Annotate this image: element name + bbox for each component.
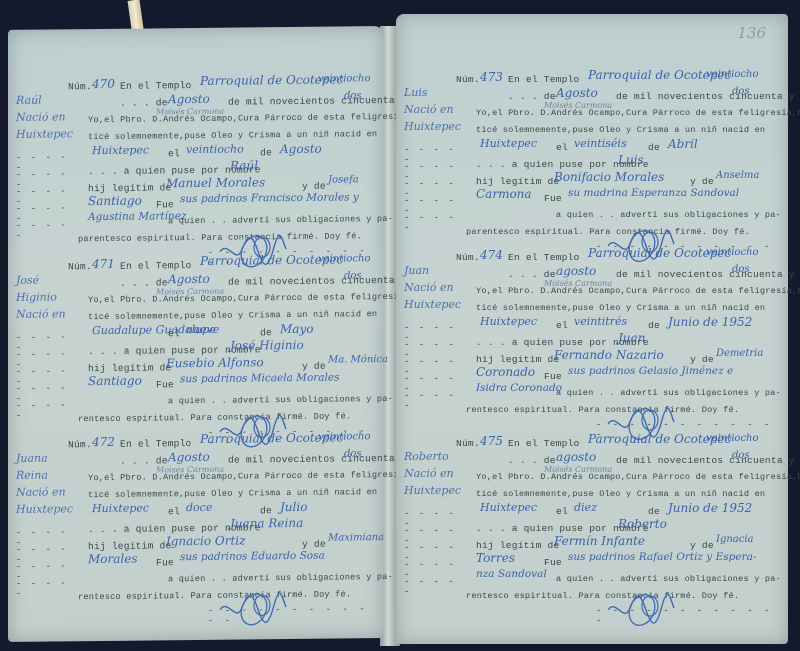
- month-value: Agosto: [168, 92, 210, 106]
- birthplace-value: Huixtepec: [92, 501, 149, 515]
- mother-name: Anselma: [716, 170, 759, 181]
- mother-surname: Torres: [476, 551, 515, 565]
- mother-name: Ma. Mónica: [328, 354, 388, 366]
- templo-label: En el Templo: [120, 80, 192, 92]
- parents-label: hij legítim de: [476, 354, 559, 365]
- margin-note: José: [16, 274, 39, 287]
- mother-surname: Carmona: [476, 187, 532, 201]
- month-value: agosto: [556, 264, 596, 278]
- margin-note: Nació en: [404, 467, 454, 480]
- birth-day-value: diez: [574, 501, 597, 514]
- birthplace-value: Huixtepec: [480, 315, 537, 328]
- birth-de-label: de: [260, 147, 272, 158]
- right-page: 136 Núm. 473 En el Templo Parroquial de …: [396, 14, 788, 644]
- day-value: veintiocho: [706, 247, 759, 258]
- margin-note: Luis: [404, 86, 428, 99]
- birthplace-value: Huixtepec: [92, 143, 149, 157]
- closing-line: rentesco espiritual. Para constancia fir…: [78, 411, 351, 424]
- birth-month-value: Agosto: [280, 142, 322, 156]
- margin-note: Nació en: [404, 281, 454, 294]
- mother-surname: Morales: [88, 552, 138, 567]
- father-name: Eusebio Alfonso: [166, 355, 264, 370]
- godparents-value: sus padrinos Gelasio Jiménez e: [568, 365, 733, 377]
- birth-de-label: de: [260, 505, 272, 516]
- birth-day-value: veintitrés: [574, 315, 627, 328]
- mother-label: y de: [690, 354, 714, 365]
- margin-note: Raúl: [16, 94, 42, 107]
- baptism-entry: Núm. 470 En el Templo Parroquial de Ocot…: [8, 78, 384, 82]
- left-page: Núm. 470 En el Templo Parroquial de Ocot…: [8, 26, 384, 642]
- child-name: José Higinio: [230, 338, 304, 353]
- entry-number-label: Núm.: [456, 438, 480, 449]
- mother-surname: Coronado: [476, 365, 535, 379]
- priest-line: Yo,el Pbro. D.Andrés Ocampo,Cura Párroco…: [476, 108, 800, 118]
- baptism-entry: Núm. 471 En el Templo Parroquial de Ocot…: [8, 258, 384, 262]
- parents-label: hij legítim de: [88, 540, 171, 552]
- entry-number: 473: [480, 70, 503, 84]
- margin-note: Juan: [404, 264, 429, 277]
- mother-name: Ignacia: [716, 534, 754, 545]
- obligations-line: a quien . . advertí sus obligaciones y p…: [168, 572, 393, 584]
- obligations-line: a quien . . advertí sus obligaciones y p…: [556, 210, 781, 220]
- priest-line: Yo,el Pbro. D.Andrés Ocampo,Cura Párroco…: [88, 112, 431, 126]
- birth-de-label: de: [260, 327, 272, 338]
- year-label: de mil novecientos cincuenta y: [228, 95, 407, 108]
- day-value: veintiocho: [318, 431, 371, 443]
- margin-note: Juana: [16, 452, 48, 465]
- birth-de-label: de: [648, 142, 660, 153]
- year-label: de mil novecientos cincuenta y: [228, 275, 407, 288]
- birth-el-label: el: [168, 148, 180, 159]
- month-value: Agosto: [168, 450, 210, 464]
- child-name: Roberto: [618, 517, 667, 531]
- margin-dash-rule: - - - - -: [16, 220, 76, 241]
- templo-label: En el Templo: [508, 74, 580, 85]
- ceremony-line: ticé solemnemente,puse Oleo y Crisma a u…: [88, 487, 377, 500]
- entry-number: 471: [92, 257, 115, 271]
- mother-label: y de: [302, 181, 326, 192]
- margin-annotation: RaúlNació enHuixtepec- - - - -- - - - --…: [16, 81, 76, 82]
- margin-note: Huixtepec: [404, 484, 461, 497]
- year-suffix: dos: [344, 90, 362, 101]
- obligations-line: a quien . . advertí sus obligaciones y p…: [168, 214, 393, 226]
- birth-month-value: Mayo: [280, 322, 313, 336]
- obligations-line: a quien . . advertí sus obligaciones y p…: [556, 574, 781, 584]
- father-name: Manuel Morales: [166, 175, 265, 190]
- day-value: veintiocho: [706, 69, 759, 80]
- page-number: 136: [737, 24, 766, 42]
- entry-number: 475: [480, 434, 503, 448]
- year-suffix: dos: [732, 86, 750, 97]
- mother-label: y de: [690, 540, 714, 551]
- closing-line: rentesco espiritual. Para constancia fir…: [78, 589, 351, 602]
- month-value: Agosto: [168, 272, 210, 286]
- birth-el-label: el: [556, 142, 568, 153]
- year-label: de mil novecientos cincuenta y: [228, 453, 407, 466]
- entry-number: 472: [92, 435, 115, 449]
- entry-separator: - - - - - - - - - - - -: [596, 606, 788, 626]
- margin-annotation: JoséHiginioNació en- - - - -- - - - -- -…: [16, 261, 76, 262]
- mother-label: y de: [302, 539, 326, 550]
- priest-line: Yo,el Pbro. D.Andrés Ocampo,Cura Párroco…: [476, 286, 800, 296]
- closing-line: rentesco espiritual. Para constancia fir…: [466, 591, 739, 601]
- godparents-value: sus padrinos Eduardo Sosa: [180, 550, 325, 564]
- margin-dash-rule: - - - - -: [16, 578, 76, 599]
- mother-name: Maximiana: [328, 532, 384, 544]
- mother-name: Demetria: [716, 348, 763, 359]
- entry-number: 474: [480, 248, 503, 262]
- ceremony-line: ticé solemnemente,puse Oleo y Crisma a u…: [476, 303, 765, 313]
- birthplace-value: Huixtepec: [480, 501, 537, 514]
- father-name: Bonifacio Morales: [554, 170, 664, 184]
- entry-number-label: Núm.: [456, 74, 480, 85]
- entry-number-label: Núm.: [68, 261, 92, 272]
- margin-note: Roberto: [404, 450, 449, 463]
- birth-de-label: de: [648, 506, 660, 517]
- margin-dash-rule: - - - - -: [404, 391, 464, 411]
- obligations-line: a quien . . advertí sus obligaciones y p…: [556, 388, 781, 398]
- year-label: de mil novecientos cincuenta y: [616, 91, 795, 102]
- father-name: Ignacio Ortiz: [166, 533, 245, 548]
- godparents-label: Fue: [156, 557, 174, 568]
- priest-line: Yo,el Pbro. D.Andrés Ocampo,Cura Párroco…: [476, 472, 800, 482]
- year-suffix: dos: [732, 264, 750, 275]
- godparents-value: su madrina Esperanza Sandoval: [568, 187, 739, 199]
- margin-dash-rule: - - - - -: [404, 213, 464, 233]
- margin-note: Higinio: [16, 290, 57, 303]
- mother-label: y de: [690, 176, 714, 187]
- day-value: veintiocho: [318, 73, 371, 85]
- mother-label: y de: [302, 361, 326, 372]
- templo-label: En el Templo: [120, 260, 192, 272]
- birth-de-label: de: [648, 320, 660, 331]
- margin-note: Nació en: [16, 307, 66, 321]
- margin-note: Huixtepec: [404, 298, 461, 311]
- margin-note: Huixtepec: [16, 502, 73, 516]
- baptism-entry: Núm. 472 En el Templo Parroquial de Ocot…: [8, 436, 384, 440]
- margin-note: Nació en: [404, 103, 454, 116]
- margin-dash-rule: - - - - -: [16, 400, 76, 421]
- birth-el-label: el: [556, 320, 568, 331]
- entry-number-label: Núm.: [68, 81, 92, 92]
- templo-label: En el Templo: [508, 252, 580, 263]
- parents-label: hij legítim de: [88, 362, 171, 374]
- child-name: Juan: [618, 331, 645, 345]
- godparents-value: sus padrinos Francisco Morales y: [180, 191, 359, 205]
- birth-day-value: veintiséis: [574, 137, 627, 150]
- birth-month-value: Junio de 1952: [668, 315, 752, 329]
- birth-el-label: el: [556, 506, 568, 517]
- father-name: Fermín Infante: [554, 534, 645, 548]
- margin-annotation: JuanaReinaNació enHuixtepec- - - - -- - …: [16, 439, 76, 440]
- birth-day-value: nueve: [186, 323, 219, 336]
- godparents-label: Fue: [544, 371, 562, 382]
- priest-line: Yo,el Pbro. D.Andrés Ocampo,Cura Párroco…: [88, 470, 431, 484]
- open-register-book: Núm. 470 En el Templo Parroquial de Ocot…: [8, 6, 794, 646]
- godparents-value-2: Isidra Coronado: [476, 382, 562, 394]
- child-name: Juana Reina: [230, 516, 303, 531]
- mother-name: Josefa: [328, 174, 359, 185]
- godparents-value: sus padrinos Rafael Ortiz y Espera-: [568, 551, 756, 563]
- godparents-value-2: nza Sandoval: [476, 568, 547, 580]
- entry-number-label: Núm.: [456, 252, 480, 263]
- obligations-line: a quien . . advertí sus obligaciones y p…: [168, 394, 393, 406]
- child-name: Raúl: [230, 158, 258, 172]
- parents-label: hij legítim de: [476, 540, 559, 551]
- birth-month-value: Abril: [668, 137, 698, 151]
- godparents-label: Fue: [544, 557, 562, 568]
- godparents-label: Fue: [156, 199, 174, 210]
- year-suffix: dos: [344, 448, 362, 459]
- godparents-label: Fue: [156, 379, 174, 390]
- birth-el-label: el: [168, 506, 180, 517]
- year-suffix: dos: [344, 270, 362, 281]
- godparents-value: sus padrinos Micaela Morales: [180, 371, 340, 385]
- mother-surname: Santiago: [88, 194, 142, 209]
- birth-el-label: el: [168, 328, 180, 339]
- month-value: Agosto: [556, 86, 598, 100]
- entry-number-label: Núm.: [68, 439, 92, 450]
- child-name: Luis: [618, 153, 644, 167]
- priest-line: Yo,el Pbro. D.Andrés Ocampo,Cura Párroco…: [88, 292, 431, 306]
- margin-dash-rule: - - - - -: [404, 577, 464, 597]
- ceremony-line: ticé solemnemente,puse Oleo y Crisma a u…: [476, 125, 765, 135]
- year-label: de mil novecientos cincuenta y: [616, 269, 795, 280]
- entry-separator: - - - - - - - - - - - -: [208, 604, 384, 626]
- margin-note: Huixtepec: [16, 127, 73, 141]
- year-suffix: dos: [732, 450, 750, 461]
- ceremony-line: ticé solemnemente,puse Oleo y Crisma a u…: [88, 309, 377, 322]
- day-value: veintiocho: [706, 433, 759, 444]
- parents-label: hij legítim de: [476, 176, 559, 187]
- margin-note: Reina: [16, 469, 48, 482]
- margin-note: Nació en: [16, 485, 66, 499]
- margin-note: Huixtepec: [404, 120, 461, 133]
- mother-surname: Santiago: [88, 374, 142, 389]
- entry-number: 470: [92, 77, 115, 91]
- parents-label: hij legítim de: [88, 182, 171, 194]
- year-label: de mil novecientos cincuenta y: [616, 455, 795, 466]
- day-value: veintiocho: [318, 253, 371, 265]
- birth-month-value: Junio de 1952: [668, 501, 752, 515]
- margin-note: Nació en: [16, 110, 66, 124]
- birth-month-value: Julio: [280, 500, 307, 514]
- ceremony-line: ticé solemnemente,puse Oleo y Crisma a u…: [476, 489, 765, 499]
- godparents-label: Fue: [544, 193, 562, 204]
- closing-line: rentesco espiritual. Para constancia fir…: [466, 405, 739, 415]
- ceremony-line: ticé solemnemente,puse Oleo y Crisma a u…: [88, 129, 377, 142]
- birth-day-value: doce: [186, 501, 212, 514]
- birth-day-value: veintiocho: [186, 142, 244, 156]
- month-value: agosto: [556, 450, 596, 464]
- templo-label: En el Templo: [508, 438, 580, 449]
- templo-label: En el Templo: [120, 438, 192, 450]
- birthplace-value: Huixtepec: [480, 137, 537, 150]
- father-name: Fernando Nazario: [554, 348, 664, 362]
